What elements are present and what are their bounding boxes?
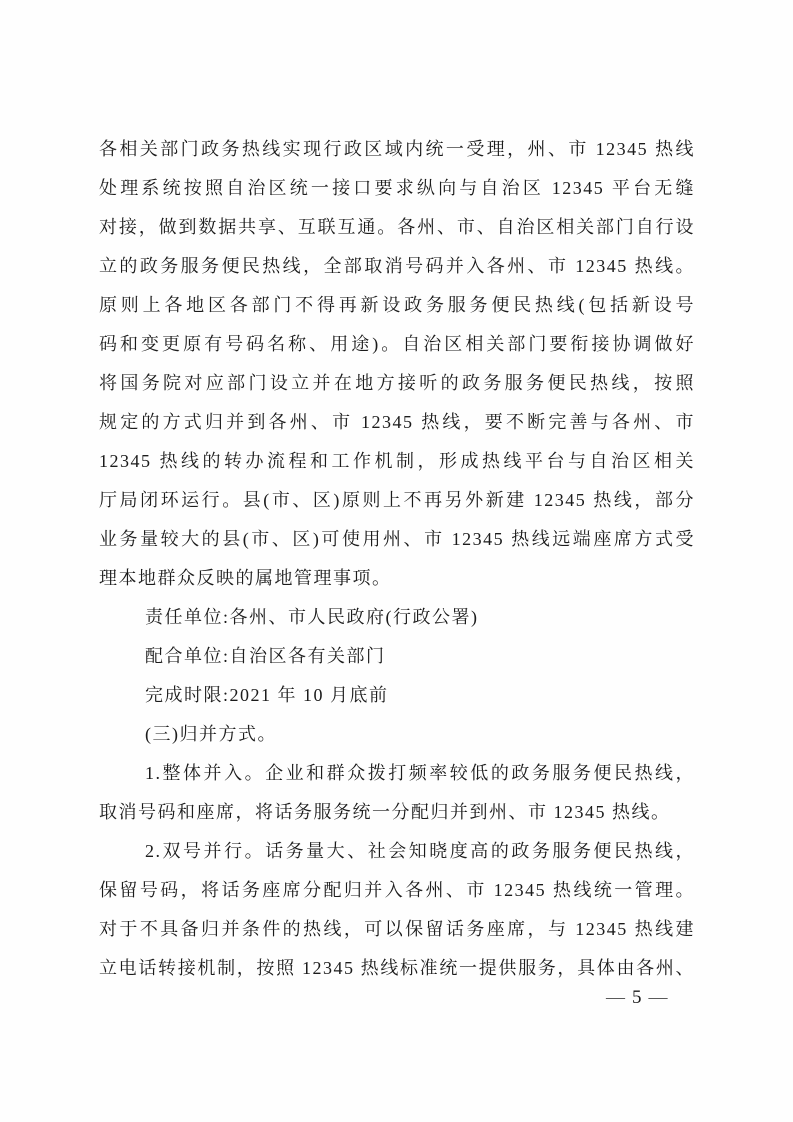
text-line: 立的政务服务便民热线，全部取消号码并入各州、市 12345 热线。	[99, 247, 695, 286]
cooperating-unit-line: 配合单位:自治区各有关部门	[99, 637, 695, 676]
text-line-paragraph-end: 取消号码和座席，将话务服务统一分配归并到州、市 12345 热线。	[99, 793, 695, 832]
item-1-first-line: 1.整体并入。企业和群众拨打频率较低的政务服务便民热线，	[99, 754, 695, 793]
text-line: 各相关部门政务热线实现行政区域内统一受理，州、市 12345 热线	[99, 130, 695, 169]
page-number-dash-right: —	[642, 987, 675, 1008]
text-line: 业务量较大的县(市、区)可使用州、市 12345 热线远端座席方式受	[99, 520, 695, 559]
text-line: 处理系统按照自治区统一接口要求纵向与自治区 12345 平台无缝	[99, 169, 695, 208]
deadline-line: 完成时限:2021 年 10 月底前	[99, 676, 695, 715]
text-line: 对接，做到数据共享、互联互通。各州、市、自治区相关部门自行设	[99, 208, 695, 247]
text-line: 12345 热线的转办流程和工作机制，形成热线平台与自治区相关	[99, 442, 695, 481]
page-number: —5—	[599, 986, 675, 1010]
text-line: 将国务院对应部门设立并在地方接听的政务服务便民热线，按照	[99, 364, 695, 403]
section-heading-line: (三)归并方式。	[99, 715, 695, 754]
text-line-paragraph-end: 理本地群众反映的属地管理事项。	[99, 559, 695, 598]
text-line: 立电话转接机制，按照 12345 热线标准统一提供服务，具体由各州、	[99, 949, 695, 988]
document-body: 各相关部门政务热线实现行政区域内统一受理，州、市 12345 热线 处理系统按照…	[99, 130, 695, 988]
text-line: 厅局闭环运行。县(市、区)原则上不再另外新建 12345 热线，部分	[99, 481, 695, 520]
page-number-dash-left: —	[599, 987, 632, 1008]
text-line: 码和变更原有号码名称、用途)。自治区相关部门要衔接协调做好	[99, 325, 695, 364]
item-2-first-line: 2.双号并行。话务量大、社会知晓度高的政务服务便民热线，	[99, 832, 695, 871]
text-line: 规定的方式归并到各州、市 12345 热线，要不断完善与各州、市	[99, 403, 695, 442]
document-page: 各相关部门政务热线实现行政区域内统一受理，州、市 12345 热线 处理系统按照…	[0, 0, 793, 1122]
text-line: 对于不具备归并条件的热线，可以保留话务座席，与 12345 热线建	[99, 910, 695, 949]
page-number-value: 5	[632, 987, 642, 1008]
text-line: 原则上各地区各部门不得再新设政务服务便民热线(包括新设号	[99, 286, 695, 325]
responsible-unit-line: 责任单位:各州、市人民政府(行政公署)	[99, 598, 695, 637]
text-line: 保留号码，将话务座席分配归并入各州、市 12345 热线统一管理。	[99, 871, 695, 910]
